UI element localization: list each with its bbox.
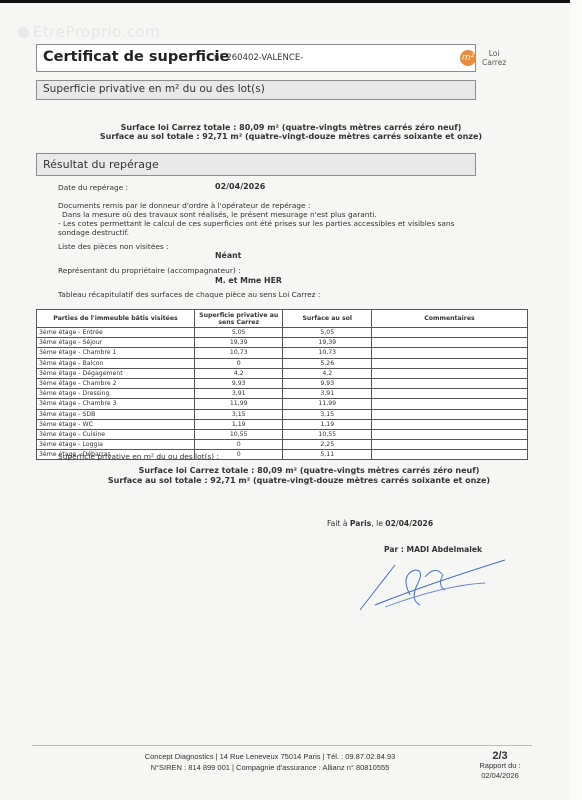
cell-sol: 1,19 — [283, 419, 372, 429]
signature-place-date: Fait à Paris, le 02/04/2026 — [327, 519, 433, 528]
cell-piece: 3ème étage - Balcon — [37, 358, 195, 368]
sol-total-bottom: Surface au sol totale : 92,71 m² (quatre… — [8, 476, 582, 485]
cell-sol: 3,91 — [283, 389, 372, 399]
representative-value: M. et Mme HER — [215, 276, 282, 285]
cell-sol: 11,99 — [283, 399, 372, 409]
table-row: 3ème étage - Chambre 110,7310,73 — [37, 348, 528, 358]
certificate-number: n° 260402-VALENCE- — [214, 53, 303, 63]
unvisited-label: Liste des pièces non visitées : — [58, 242, 169, 251]
header-carrez: Superficie privative au sens Carrez — [194, 310, 283, 328]
table-row: 3ème étage - SDB3,153,15 — [37, 409, 528, 419]
cell-carrez: 3,15 — [194, 409, 283, 419]
table-row: 3ème étage - Dégagement4,24,2 — [37, 368, 528, 378]
cell-commentaire — [372, 389, 528, 399]
le: , le — [371, 519, 385, 528]
cell-piece: 3ème étage - SDB — [37, 409, 195, 419]
scan-top-edge — [0, 0, 582, 3]
header-parties: Parties de l'immeuble bâtis visitées — [37, 310, 195, 328]
cell-commentaire — [372, 409, 528, 419]
page-info: 2/3 Rapport du : 02/04/2026 — [470, 751, 530, 781]
cell-carrez: 0 — [194, 358, 283, 368]
watermark: EtreProprio.com — [18, 23, 160, 41]
cell-commentaire — [372, 378, 528, 388]
table-intro: Tableau récapitulatif des surfaces de ch… — [58, 290, 320, 299]
certificate-title: Certificat de superficie — [43, 49, 229, 65]
carrez-total-bottom: Surface loi Carrez totale : 80,09 m² (qu… — [18, 466, 582, 475]
header-sol: Surface au sol — [283, 310, 372, 328]
cell-commentaire — [372, 338, 528, 348]
cell-piece: 3ème étage - Séjour — [37, 338, 195, 348]
table-row: 3ème étage - Cuisine10,5510,55 — [37, 429, 528, 439]
unvisited-value: Néant — [215, 251, 241, 260]
section-resultat: Résultat du repérage — [36, 153, 476, 176]
cell-carrez: 4,2 — [194, 368, 283, 378]
cell-carrez: 0 — [194, 440, 283, 450]
page-number: 2/3 — [470, 751, 530, 761]
cell-carrez: 9,93 — [194, 378, 283, 388]
cell-carrez: 10,55 — [194, 429, 283, 439]
cell-carrez: 11,99 — [194, 399, 283, 409]
table-row: 3ème étage - WC1,191,19 — [37, 419, 528, 429]
note-1: Dans la mesure où des travaux sont réali… — [62, 210, 377, 219]
cell-carrez: 3,91 — [194, 389, 283, 399]
cell-piece: 3ème étage - WC — [37, 419, 195, 429]
cell-commentaire — [372, 399, 528, 409]
cell-sol: 5,26 — [283, 358, 372, 368]
documents-label: Documents remis par le donneur d'ordre à… — [58, 201, 310, 210]
note-2b: sondage destructif. — [58, 228, 129, 237]
section-superficie: Superficie privative en m² du ou des lot… — [36, 80, 476, 100]
footer-divider — [32, 745, 532, 746]
cell-sol: 4,2 — [283, 368, 372, 378]
cell-sol: 3,15 — [283, 409, 372, 419]
report-label: Rapport du : — [470, 761, 530, 771]
m2-badge-icon: m² — [460, 50, 476, 66]
cell-piece: 3ème étage - Chambre 2 — [37, 378, 195, 388]
watermark-text: EtreProprio.com — [33, 23, 160, 41]
report-date: 02/04/2026 — [470, 771, 530, 781]
cell-commentaire — [372, 358, 528, 368]
cell-piece: 3ème étage - Loggia — [37, 440, 195, 450]
header-commentaires: Commentaires — [372, 310, 528, 328]
cell-sol: 2,25 — [283, 440, 372, 450]
loi-carrez-label: LoiCarrez — [482, 49, 506, 67]
cell-carrez: 1,19 — [194, 419, 283, 429]
cell-piece: 3ème étage - Dressing — [37, 389, 195, 399]
table-row: 3ème étage - Entrée5,055,05 — [37, 328, 528, 338]
cell-piece: 3ème étage - Cuisine — [37, 429, 195, 439]
table-row: 3ème étage - Dressing3,913,91 — [37, 389, 528, 399]
cell-commentaire — [372, 328, 528, 338]
cell-carrez: 10,73 — [194, 348, 283, 358]
carrez-label: Carrez — [482, 58, 506, 67]
cell-piece: 3ème étage - Chambre 3 — [37, 399, 195, 409]
loi-label: Loi — [489, 49, 500, 58]
summary-label: Superficie privative en m² du ou des lot… — [58, 452, 219, 461]
cell-piece: 3ème étage - Chambre 1 — [37, 348, 195, 358]
cell-commentaire — [372, 419, 528, 429]
cell-commentaire — [372, 348, 528, 358]
scan-right-edge — [570, 0, 582, 800]
cell-sol: 9,93 — [283, 378, 372, 388]
handwritten-signature — [355, 555, 515, 615]
table-row: 3ème étage - Chambre 311,9911,99 — [37, 399, 528, 409]
cell-piece: 3ème étage - Entrée — [37, 328, 195, 338]
table-row: 3ème étage - Loggia02,25 — [37, 440, 528, 450]
table-row: 3ème étage - Séjour19,3919,39 — [37, 338, 528, 348]
sol-total-top: Surface au sol totale : 92,71 m² (quatre… — [0, 132, 582, 141]
cell-sol: 5,11 — [283, 450, 372, 460]
table-row: 3ème étage - Chambre 29,939,93 — [37, 378, 528, 388]
cell-commentaire — [372, 368, 528, 378]
cell-commentaire — [372, 440, 528, 450]
footer-line-2: N°SIREN : 814 899 001 | Compagnie d'assu… — [120, 762, 420, 773]
cell-sol: 5,05 — [283, 328, 372, 338]
cell-commentaire — [372, 429, 528, 439]
footer-company: Concept Diagnostics | 14 Rue Leneveux 75… — [120, 751, 420, 773]
signature-place: Paris — [350, 519, 371, 528]
cell-sol: 10,73 — [283, 348, 372, 358]
note-2: - Les cotes permettant le calcul de ces … — [58, 219, 454, 228]
rooms-table: Parties de l'immeuble bâtis visitées Sup… — [36, 309, 528, 460]
signatory: Par : MADI Abdelmalek — [384, 545, 482, 554]
section-superficie-title: Superficie privative en m² du ou des lot… — [43, 83, 265, 95]
carrez-total-top: Surface loi Carrez totale : 80,09 m² (qu… — [0, 123, 582, 132]
fait-a: Fait à — [327, 519, 350, 528]
cell-piece: 3ème étage - Dégagement — [37, 368, 195, 378]
table-header-row: Parties de l'immeuble bâtis visitées Sup… — [37, 310, 528, 328]
date-label: Date du repérage : — [58, 183, 128, 192]
certificate-header: Certificat de superficie n° 260402-VALEN… — [36, 44, 476, 72]
cell-carrez: 19,39 — [194, 338, 283, 348]
signature-date: 02/04/2026 — [385, 519, 433, 528]
representative-label: Représentant du propriétaire (accompagna… — [58, 266, 241, 275]
footer-line-1: Concept Diagnostics | 14 Rue Leneveux 75… — [120, 751, 420, 762]
cell-commentaire — [372, 450, 528, 460]
table-row: 3ème étage - Balcon05,26 — [37, 358, 528, 368]
cell-carrez: 5,05 — [194, 328, 283, 338]
date-value: 02/04/2026 — [215, 182, 265, 191]
copyright-icon — [18, 27, 29, 38]
cell-sol: 19,39 — [283, 338, 372, 348]
cell-sol: 10,55 — [283, 429, 372, 439]
section-resultat-title: Résultat du repérage — [43, 158, 159, 171]
